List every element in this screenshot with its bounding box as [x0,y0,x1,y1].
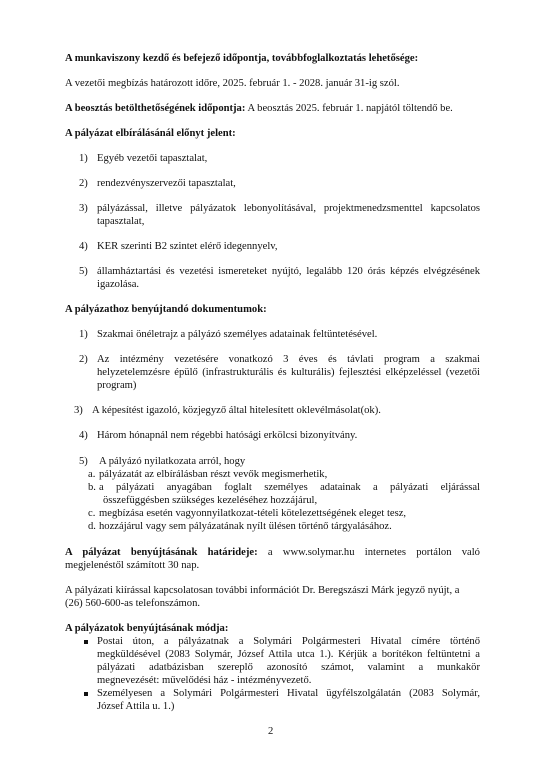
employment-period-heading: A munkaviszony kezdő és befejező időpont… [65,52,480,65]
subitem-text: hozzájárul vagy sem pályázatának nyílt ü… [99,520,392,533]
deadline-paragraph: A pályázat benyújtásának határideje: a w… [65,546,480,559]
submission-bullet-text: Személyesen a Solymári Polgármesteri Hiv… [97,687,480,700]
item-number: 2) [79,177,88,190]
item-number: 2) [79,353,88,366]
item-text: A képesítést igazoló, közjegyző által hi… [92,404,381,417]
subitem-text: a pályázati anyagában foglalt személyes … [99,481,480,494]
item-text-continued: igazolása. [97,278,512,291]
subitem-letter: d. [88,520,96,533]
deadline-text-continued: megjelenéstől számított 30 nap. [65,559,480,572]
document-page: A munkaviszony kezdő és befejező időpont… [0,0,543,768]
square-bullet-icon [84,692,88,696]
item-text: KER szerinti B2 szintet elérő idegennyel… [97,240,278,253]
submission-bullet-text-continued: pályázati adatbázisban szereplő azonosít… [97,661,480,674]
item-text-continued: tapasztalat, [97,215,512,228]
item-number: 1) [79,328,88,341]
deadline-text: a www.solymar.hu internetes portálon val… [258,547,480,558]
item-number: 1) [79,152,88,165]
contact-text-continued: (26) 560-600-as telefonszámon. [65,597,480,610]
item-number: 3) [79,202,88,215]
documents-heading: A pályázathoz benyújtandó dokumentumok: [65,303,480,316]
submission-bullet-text-continued: József Attila u. 1.) [97,700,512,713]
employment-period-text: A vezetői megbízás határozott időre, 202… [65,77,480,90]
contact-text: A pályázati kiírással kapcsolatosan tová… [65,584,480,597]
item-number: 4) [79,240,88,253]
item-number: 5) [79,455,88,468]
start-date-heading: A beosztás betölthetőségének időpontja: [65,103,245,114]
item-number: 4) [79,429,88,442]
item-text: Az intézmény vezetésére vonatkozó 3 éves… [97,353,480,366]
submission-bullet-text-continued: megküldésével (2083 Solymár, József Atti… [97,648,480,661]
subitem-text: pályázatát az elbírálásban részt vevők m… [99,468,327,481]
subitem-text-continued: összefüggésben szükséges kezeléséhez hoz… [103,494,518,507]
item-text-continued: helyzetelemzésre épülő (infrastrukturáli… [97,366,480,379]
advantages-heading: A pályázat elbírálásánál előnyt jelent: [65,127,480,140]
item-text: Szakmai önéletrajz a pályázó személyes a… [97,328,377,341]
item-text-continued: program) [97,379,512,392]
item-number: 5) [79,265,88,278]
submission-bullet-text-continued: megnevezését: művelődési ház - intézmény… [97,674,512,687]
deadline-heading: A pályázat benyújtásának határideje: [65,547,258,558]
item-text: rendezvényszervezői tapasztalat, [97,177,236,190]
item-number: 3) [74,404,83,417]
item-text: Három hónapnál nem régebbi hatósági erkö… [97,429,357,442]
start-date-text: A beosztás 2025. február 1. napjától töl… [245,103,452,114]
subitem-letter: c. [88,507,95,520]
subitem-letter: a. [88,468,95,481]
item-text: államháztartási és vezetési ismereteket … [97,265,480,278]
item-text: A pályázó nyilatkozata arról, hogy [99,455,245,468]
subitem-text: megbízása esetén vagyonnyilatkozat-tétel… [99,507,406,520]
start-date-paragraph: A beosztás betölthetőségének időpontja: … [65,102,480,115]
item-text: pályázással, illetve pályázatok lebonyol… [97,202,480,215]
square-bullet-icon [84,640,88,644]
submission-bullet-text: Postai úton, a pályázatnak a Solymári Po… [97,635,480,648]
submission-heading: A pályázatok benyújtásának módja: [65,622,480,635]
item-text: Egyéb vezetői tapasztalat, [97,152,207,165]
subitem-letter: b. [88,481,96,494]
page-number: 2 [268,726,273,737]
